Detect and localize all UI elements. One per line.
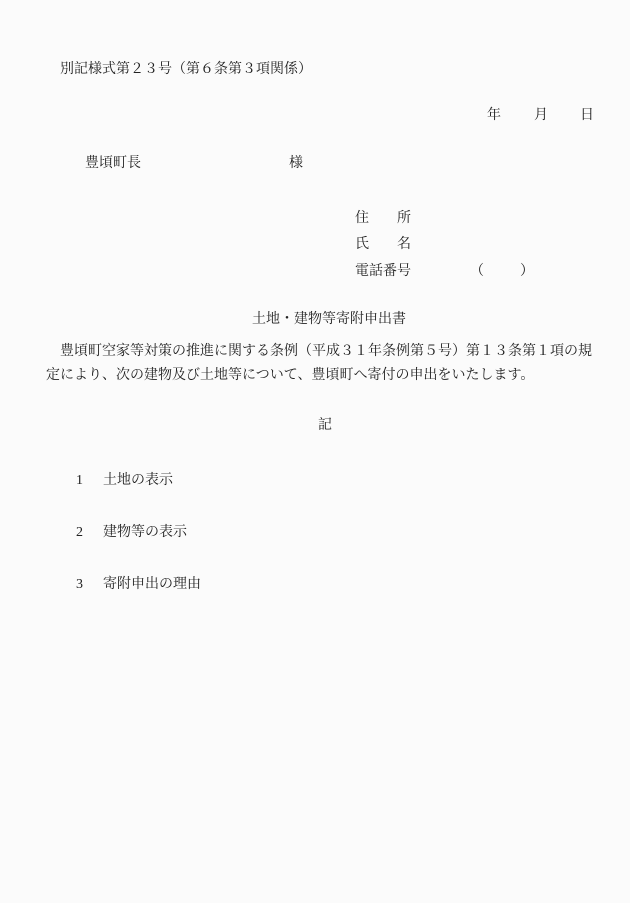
item-3-number: 3 [76,577,83,593]
phone-paren-close: ） [520,264,534,280]
addressee-title: 豊頃町長 [85,156,141,172]
phone-paren-open: （ [470,264,484,280]
phone-field-label: 電話番号 [355,264,411,280]
addressee-honorific: 様 [289,156,303,172]
date-year-label: 年 [487,108,501,124]
item-2-label: 建物等の表示 [103,525,187,541]
body-paragraph: 豊頃町空家等対策の推進に関する条例（平成３１年条例第５号）第１３条第１項の規定に… [46,340,598,388]
date-day-label: 日 [580,108,594,124]
item-1-label: 土地の表示 [103,473,173,489]
address-field-label: 住 所 [355,211,411,227]
form-number: 別記様式第２３号（第６条第３項関係） [60,62,312,78]
name-field-label: 氏 名 [355,237,411,253]
document-title: 土地・建物等寄附申出書 [252,312,406,328]
item-3-label: 寄附申出の理由 [103,577,201,593]
item-1-number: 1 [76,473,83,489]
date-month-label: 月 [534,108,548,124]
notation-ki: 記 [318,418,332,434]
document-page: 別記様式第２３号（第６条第３項関係） 年 月 日 豊頃町長 様 住 所 氏 名 … [0,0,630,903]
item-2-number: 2 [76,525,83,541]
